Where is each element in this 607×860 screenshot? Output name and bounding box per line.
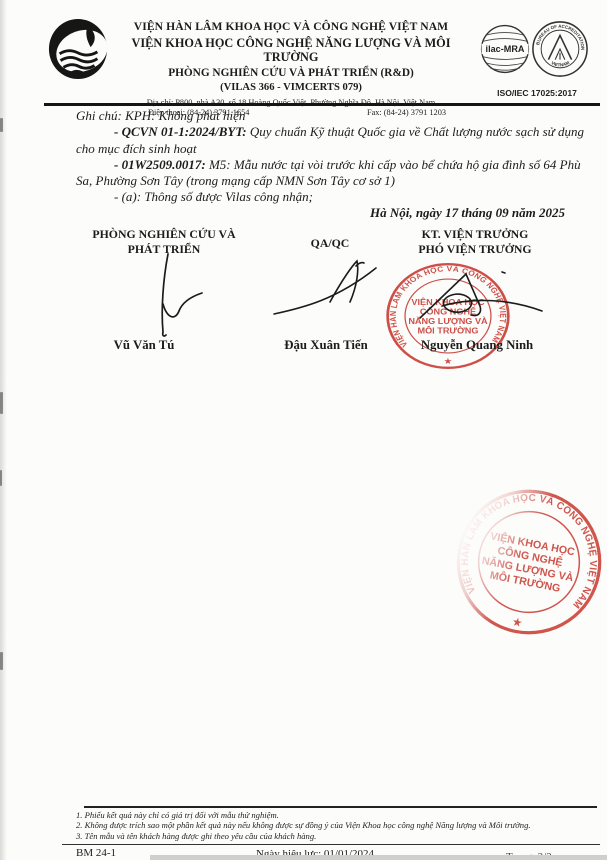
boa-accreditation-icon: BUREAU OF ACCREDITATION VIETNAM <box>531 20 589 78</box>
note-vilas: - (a): Thông số được Vilas công nhận; <box>76 189 584 205</box>
footer-divider-top <box>84 806 597 808</box>
stamp-star-icon: ★ <box>444 357 453 366</box>
note-qcvn-code: - QCVN 01-1:2024/BYT: <box>114 124 247 139</box>
institute-logo-icon <box>47 17 109 81</box>
signer-name-left: Vũ Văn Tú <box>92 338 196 353</box>
date-place-line: Hà Nội, ngày 17 tháng 09 năm 2025 <box>370 205 565 221</box>
signer-title-right: KT. VIỆN TRƯỞNG PHÓ VIỆN TRƯỞNG <box>382 227 568 256</box>
note-kph: Ghi chú: KPH: Không phát hiện <box>76 108 584 124</box>
org-name-institute: VIỆN KHOA HỌC CÔNG NGHỆ NĂNG LƯỢNG VÀ MÔ… <box>108 36 474 65</box>
signer-title-left-line1: PHÒNG NGHIÊN CỨU VÀ <box>58 227 270 242</box>
signer-title-right-line1: KT. VIỆN TRƯỞNG <box>382 227 568 242</box>
footer-notes: 1. Phiếu kết quả này chỉ có giá trị đối … <box>76 810 596 841</box>
stamp-star-icon: ★ <box>511 615 524 630</box>
header-divider <box>44 103 600 106</box>
note-qcvn-line1: - QCVN 01-1:2024/BYT: Quy chuẩn Kỹ thuật… <box>76 124 584 140</box>
footer-note-3: 3. Tên mẫu và tên khách hàng được ghi th… <box>76 831 596 841</box>
signer-title-center: QA/QC <box>292 236 368 251</box>
accreditation-codes: (VILAS 366 - VIMCERTS 079) <box>108 82 474 95</box>
footer-note-2: 2. Không được trích sao một phần kết quả… <box>76 820 596 830</box>
scan-bottom-edge <box>150 855 607 860</box>
scan-speck <box>0 652 3 670</box>
note-sample-line1: - 01W2509.0017: M5: Mẫu nước tại vòi trư… <box>76 157 584 173</box>
scan-speck <box>0 118 3 132</box>
scan-speck <box>0 392 3 414</box>
footer-divider-bottom <box>62 844 600 845</box>
note-sample-code: - 01W2509.0017: <box>114 157 206 172</box>
signature-left-icon <box>128 252 208 338</box>
signer-title-right-line2: PHÓ VIỆN TRƯỞNG <box>382 242 568 257</box>
org-name-department: PHÒNG NGHIÊN CỨU VÀ PHÁT TRIỂN (R&D) <box>108 67 474 80</box>
partial-stamp-icon: VIỆN HÀN LÂM KHOA HỌC VÀ CÔNG NGHỆ VIỆT … <box>441 473 607 651</box>
iso-standard-label: ISO/IEC 17025:2017 <box>482 88 592 98</box>
signer-name-right: Nguyễn Quang Ninh <box>412 338 542 353</box>
signature-right-icon <box>414 266 548 338</box>
footer-note-1: 1. Phiếu kết quả này chỉ có giá trị đối … <box>76 810 596 820</box>
note-qcvn-line2: cho mục đích sinh hoạt <box>76 141 584 157</box>
org-name-parent: VIỆN HÀN LÂM KHOA HỌC VÀ CÔNG NGHỆ VIỆT … <box>108 20 474 34</box>
signer-title-center-line1: QA/QC <box>292 236 368 251</box>
note-qcvn-text: Quy chuẩn Kỹ thuật Quốc gia về Chất lượn… <box>247 124 584 139</box>
scanned-document-page: VIỆN HÀN LÂM KHOA HỌC VÀ CÔNG NGHỆ VIỆT … <box>0 0 607 860</box>
signer-name-center: Đậu Xuân Tiến <box>268 338 384 353</box>
notes-section: Ghi chú: KPH: Không phát hiện - QCVN 01-… <box>76 108 584 206</box>
note-sample-line2: Sa, Phường Sơn Tây (trong mạng cấp NMN S… <box>76 173 584 189</box>
form-code: BM 24-1 <box>76 847 116 859</box>
ilac-mra-label: ilac-MRA <box>486 44 525 54</box>
signature-center-icon <box>272 258 384 328</box>
note-sample-text: M5: Mẫu nước tại vòi trước khi cấp vào b… <box>206 157 581 172</box>
scan-speck <box>0 470 2 486</box>
ilac-mra-icon: ilac-MRA <box>479 23 531 75</box>
